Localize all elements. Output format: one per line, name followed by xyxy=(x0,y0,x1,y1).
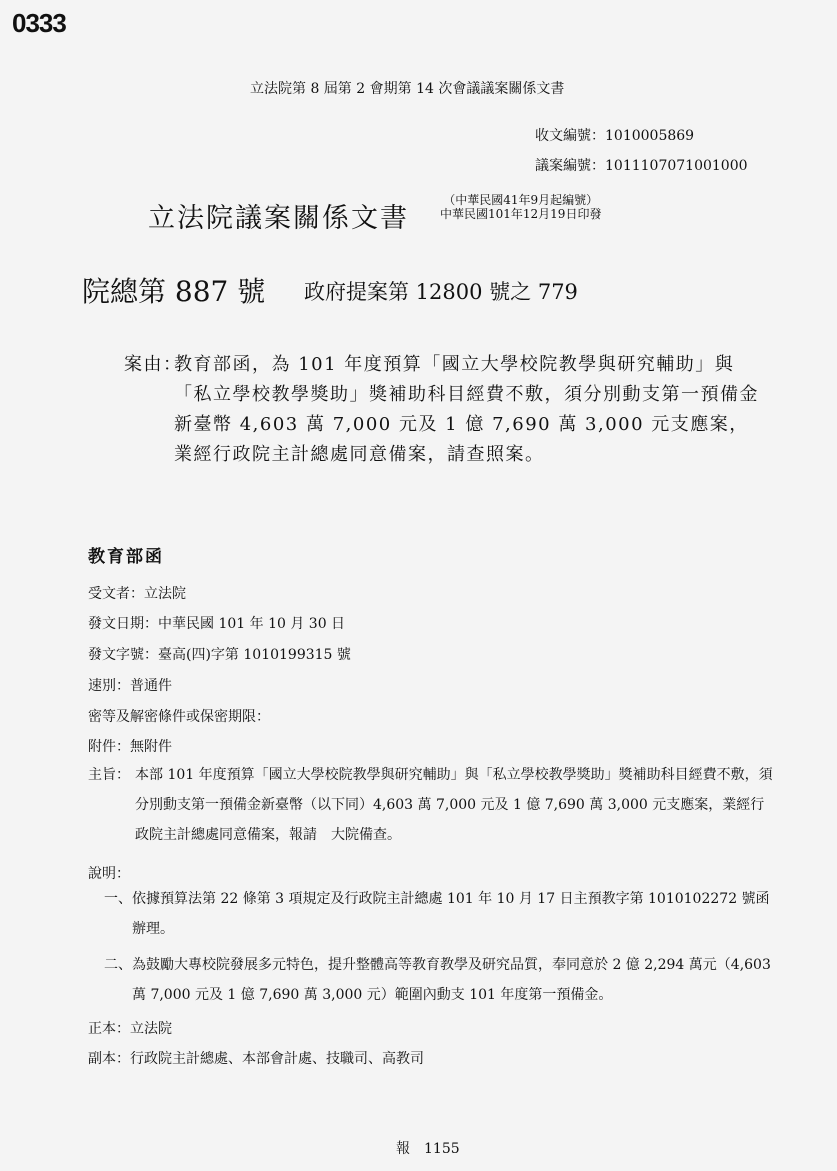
page-number: 0333 xyxy=(12,8,66,39)
explanation-item-number: 二、 xyxy=(104,950,132,980)
explanation-label: 說明： xyxy=(88,863,130,883)
bill-number-label: 議案編號： xyxy=(535,158,605,174)
document-note: （中華民國41年9月起編號） 中華民國101年12月19日印發 xyxy=(440,193,601,221)
case-cause-label: 案由： xyxy=(124,350,183,380)
subject-text: 本部 101 年度預算「國立大學校院教學與研究輔助」與「私立學校教學獎助」獎補助… xyxy=(135,760,778,850)
receipt-number-value: 1010005869 xyxy=(605,128,694,144)
explanation-item-text: 依據預算法第 22 條第 3 項規定及行政院主計總處 101 年 10 月 17… xyxy=(132,884,774,944)
subject-label: 主旨： xyxy=(88,760,130,790)
document-title: 立法院議案關係文書 xyxy=(148,196,409,235)
page-footer: 報 1155 xyxy=(396,1138,460,1158)
receipt-number: 收文編號：1010005869 xyxy=(535,125,694,145)
document-number-field: 發文字號：臺高(四)字第 1010199315 號 xyxy=(88,644,351,664)
government-proposal-reference: 政府提案第 12800 號之 779 xyxy=(304,276,578,306)
print-date: 中華民國101年12月19日印發 xyxy=(440,207,601,221)
case-cause: 案由： 教育部函，為 101 年度預算「國立大學校院教學與研究輔助」與「私立學校… xyxy=(124,350,764,470)
receipt-number-label: 收文編號： xyxy=(535,128,605,144)
case-cause-text: 教育部函，為 101 年度預算「國立大學校院教學與研究輔助」與「私立學校教學獎助… xyxy=(174,350,764,470)
copy-recipients: 副本：行政院主計總處、本部會計處、技職司、高教司 xyxy=(88,1048,424,1068)
explanation-item-number: 一、 xyxy=(104,884,132,914)
original-recipient: 正本：立法院 xyxy=(88,1018,172,1038)
letter-heading: 教育部函 xyxy=(88,542,164,567)
recipient-field: 受文者：立法院 xyxy=(88,583,186,603)
session-header: 立法院第 8 屆第 2 會期第 14 次會議議案關係文書 xyxy=(250,78,564,98)
numbering-note: （中華民國41年9月起編號） xyxy=(440,193,601,207)
explanation-item: 二、 為鼓勵大專校院發展多元特色，提升整體高等教育教學及研究品質，奉同意於 2 … xyxy=(104,950,774,1010)
bill-number-value: 1011107071001000 xyxy=(605,158,748,174)
secrecy-field: 密等及解密條件或保密期限： xyxy=(88,706,270,726)
bill-number: 議案編號：1011107071001000 xyxy=(535,155,748,175)
subject-paragraph: 主旨： 本部 101 年度預算「國立大學校院教學與研究輔助」與「私立學校教學獎助… xyxy=(88,760,778,850)
explanation-item: 一、 依據預算法第 22 條第 3 項規定及行政院主計總處 101 年 10 月… xyxy=(104,884,774,944)
explanation-item-text: 為鼓勵大專校院發展多元特色，提升整體高等教育教學及研究品質，奉同意於 2 億 2… xyxy=(132,950,774,1010)
attachment-field: 附件：無附件 xyxy=(88,736,172,756)
general-reference: 院總第 887 號 xyxy=(82,270,265,310)
speed-field: 速別：普通件 xyxy=(88,675,172,695)
issue-date-field: 發文日期：中華民國 101 年 10 月 30 日 xyxy=(88,613,345,633)
